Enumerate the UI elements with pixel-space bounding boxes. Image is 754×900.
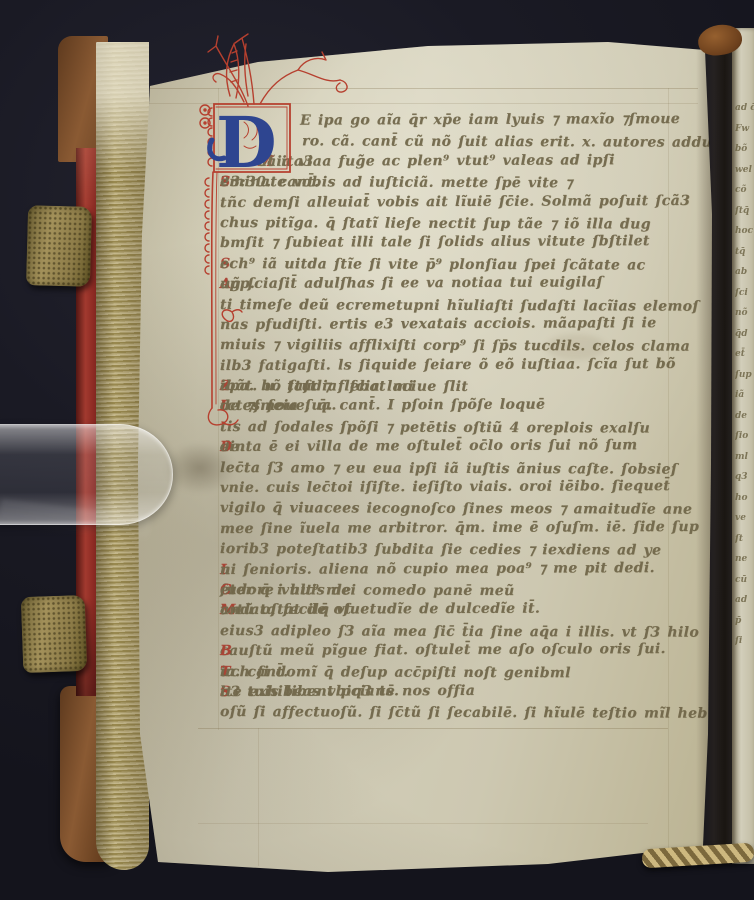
rubricated-letter: B — [220, 641, 232, 661]
facing-text-fragment: ho — [735, 488, 754, 509]
facing-text-fragment: et̄ — [735, 344, 754, 365]
initial-letter-D: D — [210, 101, 277, 184]
manuscript-line: totũ oſtat de oſuetudĩe de dulcedĩe it̄.… — [220, 598, 680, 620]
facing-text-fragment: ml — [735, 447, 754, 468]
clasp-strap-bottom — [21, 595, 88, 673]
ink-text: eter q̄ i huis de — [220, 580, 351, 601]
clasp-strap-top — [26, 205, 92, 287]
ink-text: E ipa go aĩa q̄r xp̄e iam lyuis ⁊ maxĩo … — [300, 109, 680, 131]
facing-text-fragment: wel — [735, 160, 754, 181]
ink-text: cauſtũ meũ pĩgue fiat. oſtulet̄ me aſo o… — [220, 639, 666, 661]
facing-text-fragment: hoc — [735, 221, 754, 242]
facing-text-fragment: ſtq̄ — [735, 201, 754, 222]
facing-text-fragment: p̄ — [735, 611, 754, 632]
facing-text-fragment: cū — [735, 570, 754, 591]
facing-text-fragment: bõ — [735, 139, 754, 160]
facing-text-fragment: ad c̄ — [735, 98, 754, 119]
facing-text-fragment: ſi — [735, 631, 754, 652]
ink-text: n — [220, 560, 231, 580]
facing-text-fragment: ne — [735, 549, 754, 570]
ruling-line — [258, 728, 259, 866]
facing-text-fragment: ſt — [735, 529, 754, 550]
ink-text: einta ē ei villa de me oſtulet̄ oc̄lo or… — [220, 435, 638, 457]
facing-page-text: ad c̄Fwbõwelcõſtq̄hoctq̄abſcinõq̄det̄ſup… — [735, 98, 754, 652]
facing-text-fragment: ſio — [735, 426, 754, 447]
manuscript-line: ui ſenioris. aliena nõ cupio mea poa⁹ ⁊ … — [220, 558, 680, 580]
facing-text-fragment: ſup — [735, 365, 754, 386]
facing-text-fragment: ab — [735, 262, 754, 283]
manuscript-line: cauſtũ meũ pĩgue fiat. oſtulet̄ me aſo o… — [220, 639, 680, 661]
facing-page-edge: ad c̄Fwbõwelcõſtq̄hoctq̄abſcinõq̄det̄ſup… — [732, 28, 754, 864]
facing-text-fragment: q3 — [735, 467, 754, 488]
facing-text-fragment: Fw — [735, 119, 754, 140]
facing-text-fragment: ſci — [735, 283, 754, 304]
ink-text: ite exhibeas vbiq3 tē nos offia — [220, 681, 475, 703]
facing-text-fragment: cõ — [735, 180, 754, 201]
facing-text-fragment: de — [735, 406, 754, 427]
manuscript-line: mee ſine ĩuela me arbitror. q̄m. ime ē o… — [220, 517, 680, 539]
manuscript-line: vnie. cuis lec̄toi iſiſte. ieſiſto viais… — [220, 476, 680, 498]
illuminated-initial: D — [186, 26, 356, 436]
manuscript-line: de. Deinta ē ei villa de me oſtulet̄ oc̄… — [220, 435, 680, 457]
ink-text: ui ſenioris. aliena nõ cupio mea poa⁹ ⁊ … — [220, 558, 655, 580]
facing-text-fragment: q̄d — [735, 324, 754, 345]
page-holder-acrylic — [0, 424, 173, 525]
manuscript-line: oſũ ſi affectuoſũ. ſi ſc̄tũ ſi ſecabilē.… — [220, 702, 680, 724]
manuscript-line: b3 tuis libent pcians. Site exhibeas vbi… — [220, 680, 680, 702]
manuscript-photograph: E ipa go aĩa q̄r xp̄e iam lyuis ⁊ maxĩo … — [0, 0, 754, 900]
ruling-line — [198, 728, 668, 729]
ink-text: oſũ ſi affectuoſũ. ſi ſc̄tũ ſi ſecabilē.… — [220, 702, 723, 724]
penwork-flourish — [200, 34, 347, 425]
ink-text: mee ſine ĩuela me arbitror. q̄m. ime ē o… — [220, 517, 699, 539]
ink-text: andata fecilq̄ vt — [220, 600, 352, 621]
facing-text-fragment: nõ — [735, 303, 754, 324]
facing-text-fragment: ad — [735, 590, 754, 611]
facing-text-fragment: ve — [735, 508, 754, 529]
ink-text: vnie. cuis lec̄toi iſiſte. ieſiſto viais… — [220, 476, 670, 498]
ruling-line — [198, 823, 648, 824]
facing-text-fragment: iã — [735, 385, 754, 406]
facing-text-fragment: tq̄ — [735, 242, 754, 263]
gutter-shadow — [696, 34, 736, 864]
initial-letter: D — [216, 101, 277, 184]
